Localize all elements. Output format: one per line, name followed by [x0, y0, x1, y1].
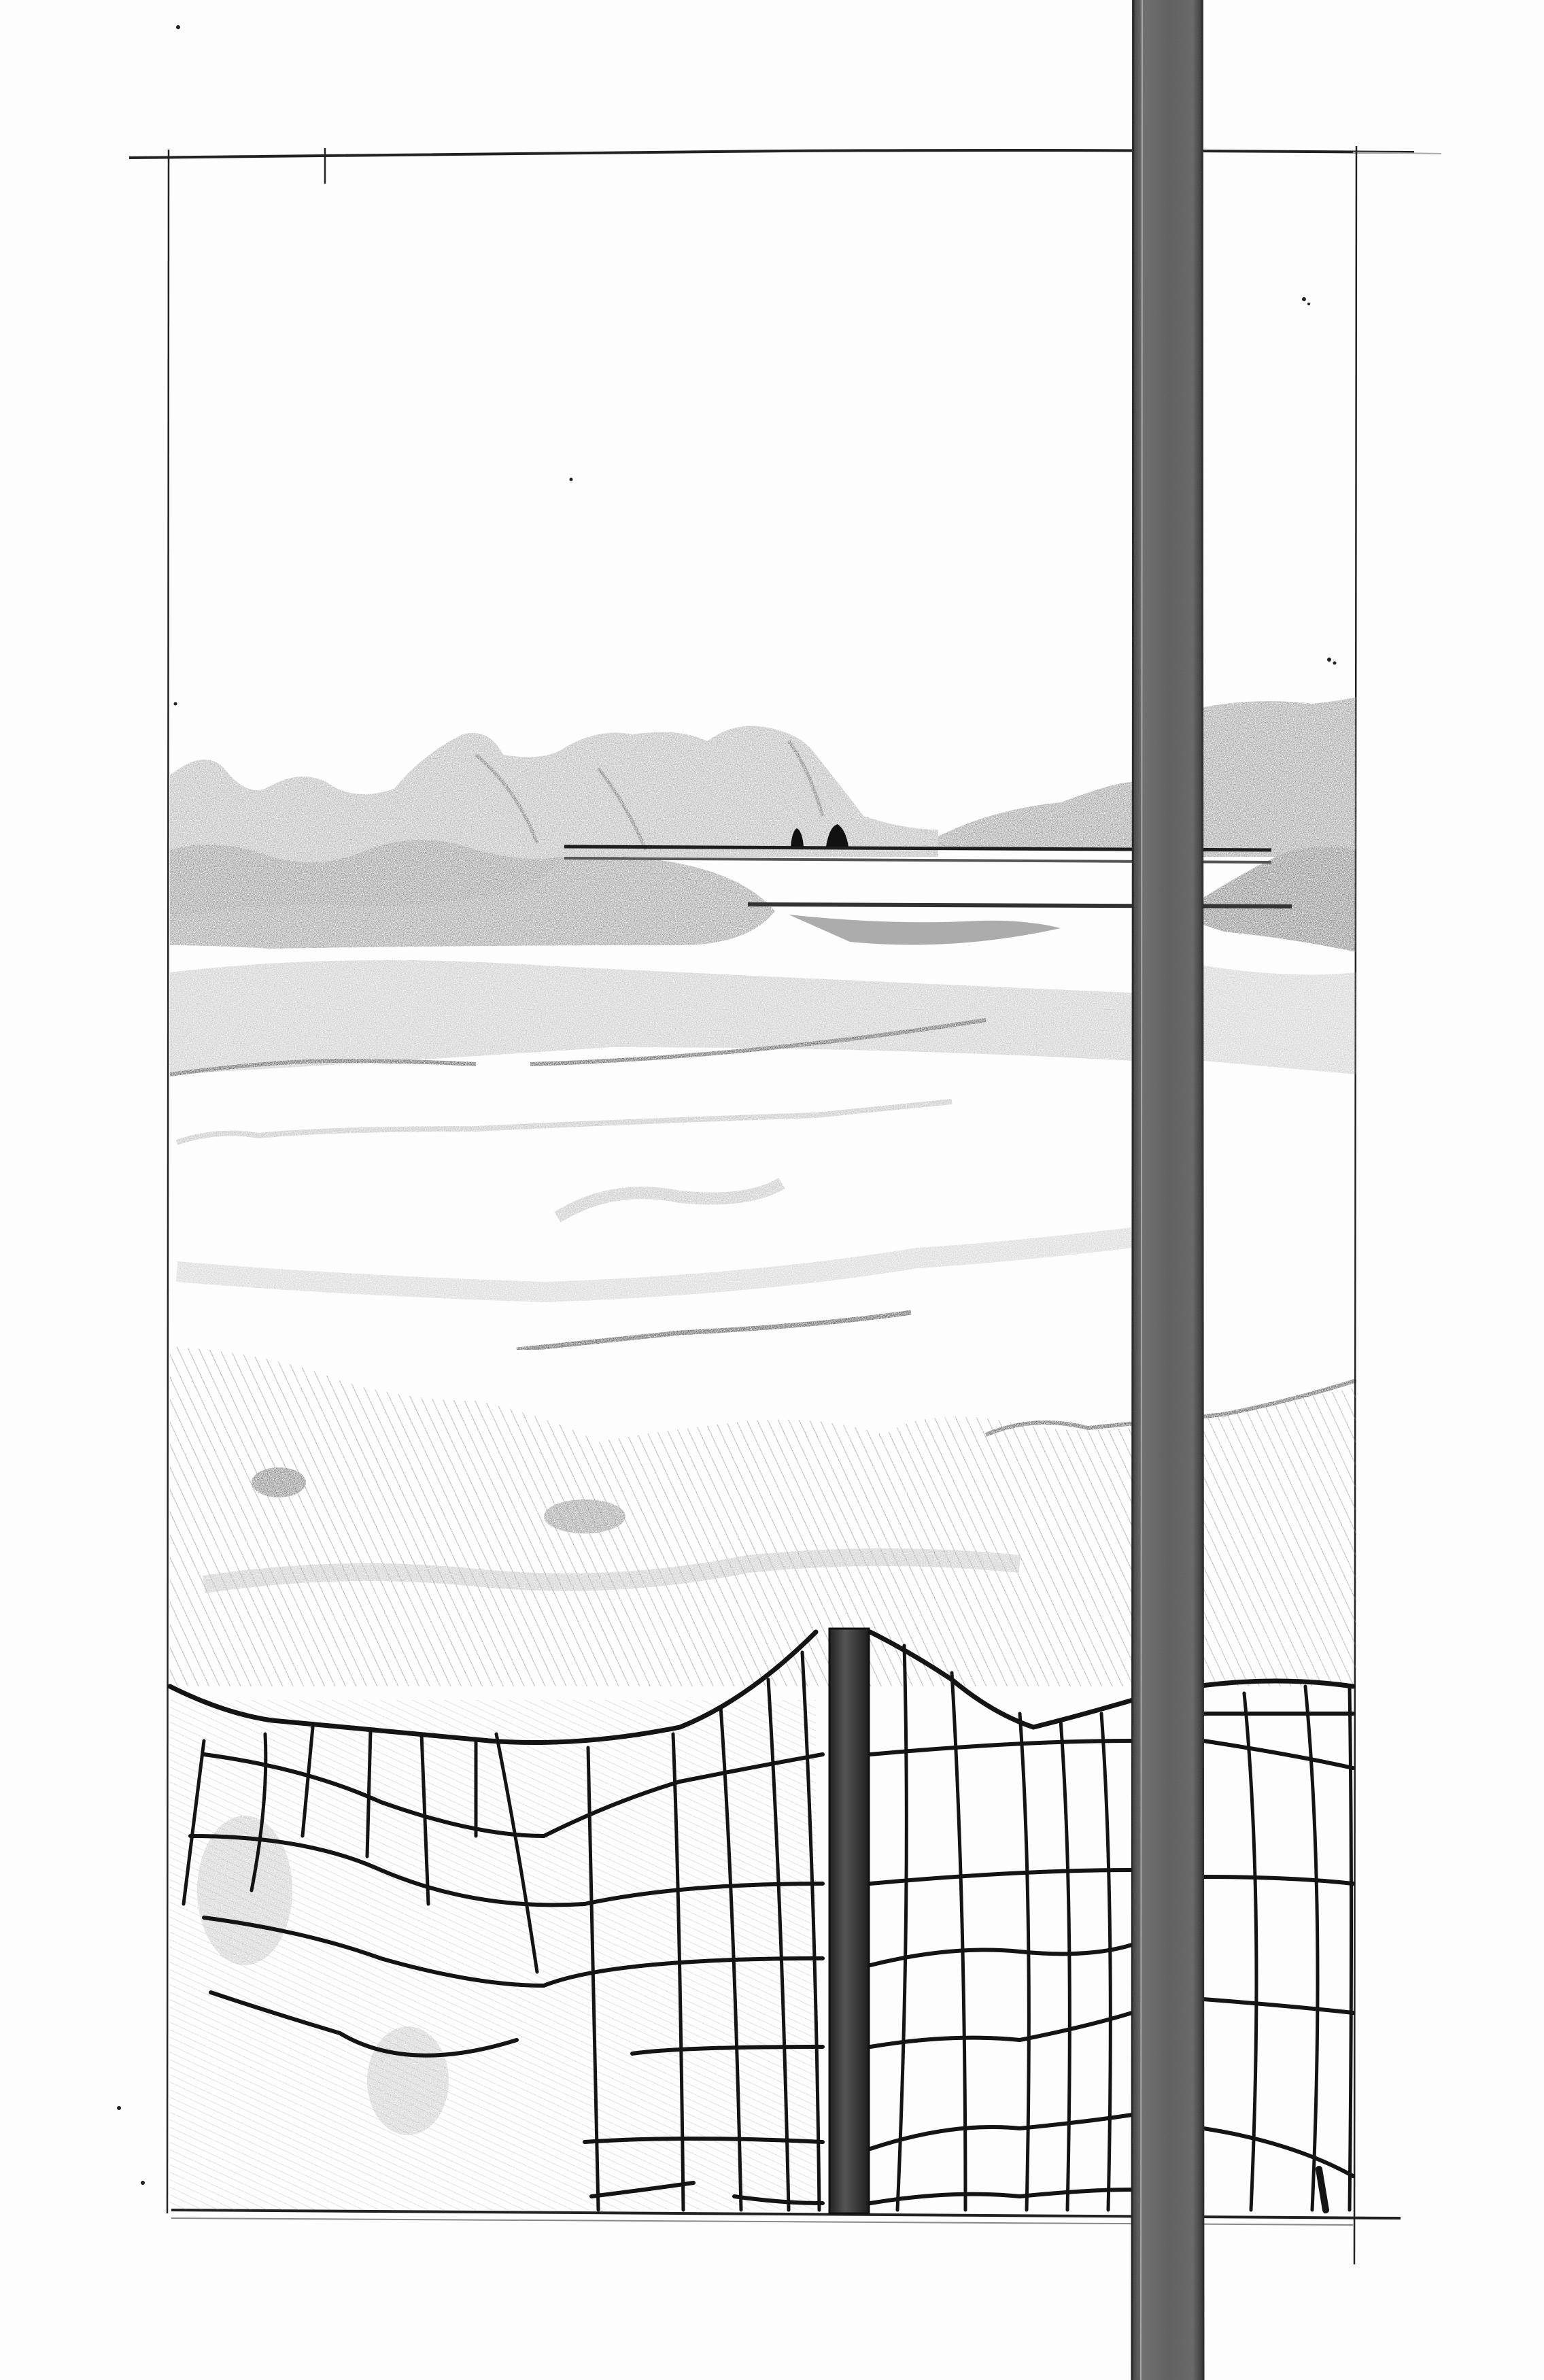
pencil-landscape-drawing	[0, 0, 1544, 2380]
utility-pole	[1132, 0, 1203, 2380]
